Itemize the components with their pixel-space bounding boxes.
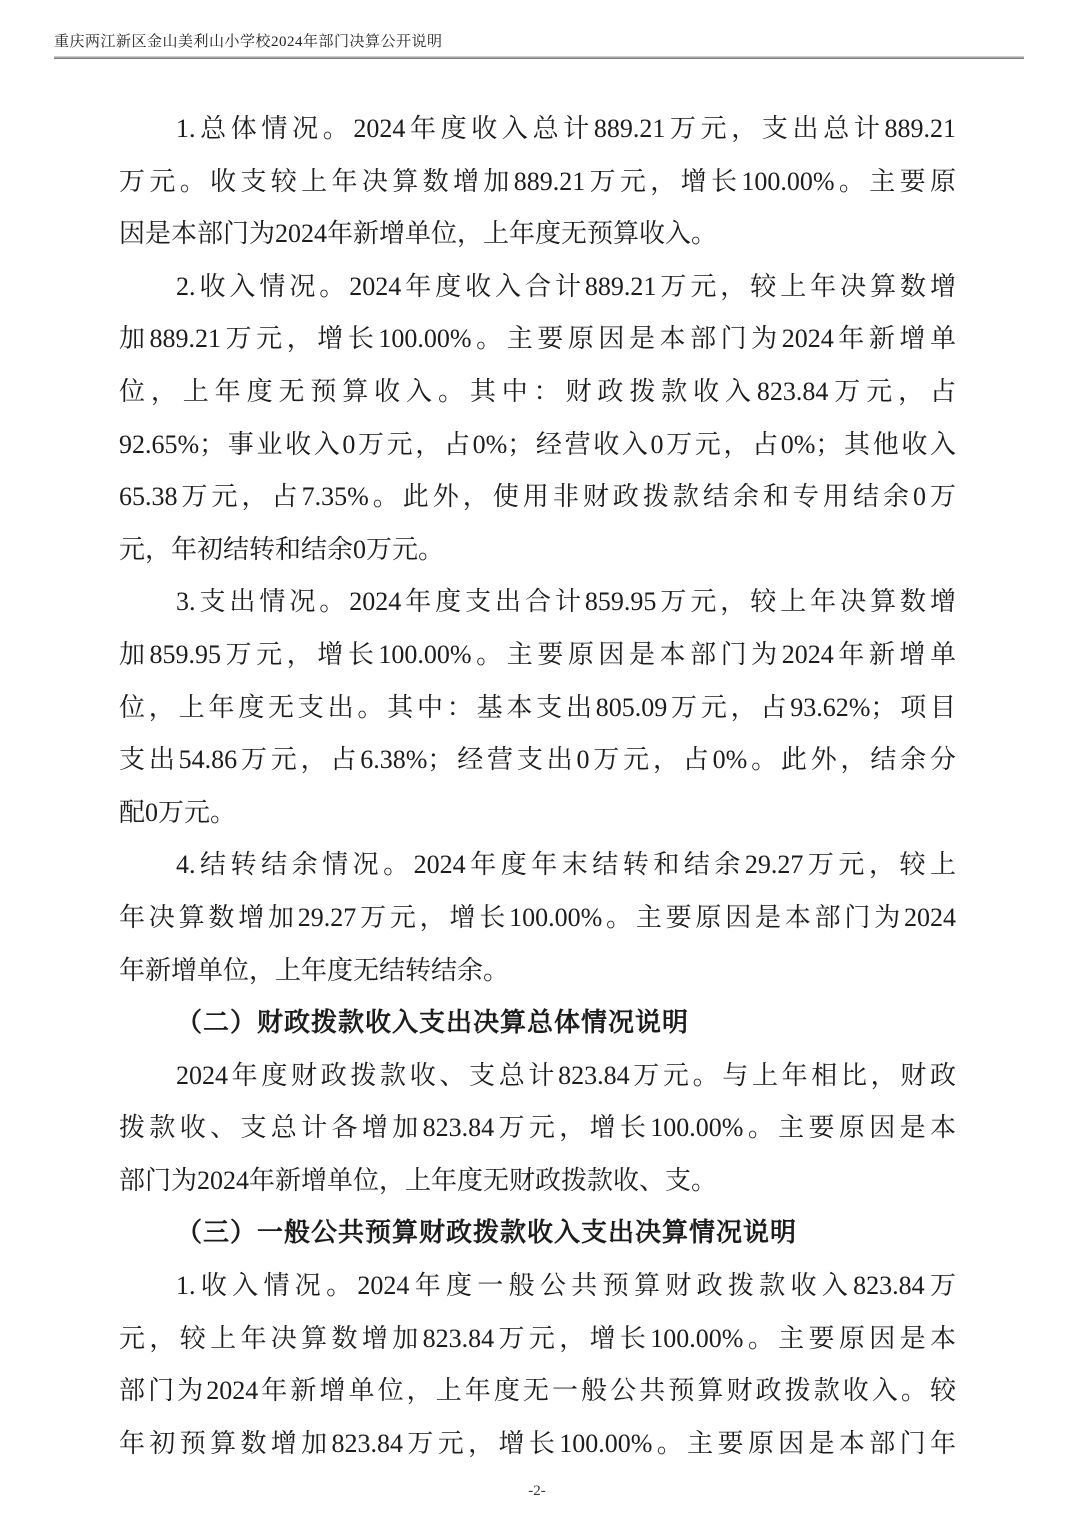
paragraph-line: 3.支出情况。2024年度支出合计859.95万元，较上年决算数增	[119, 576, 956, 629]
paragraph-line: 元，较上年决算数增加823.84万元，增长100.00%。主要原因是本	[119, 1313, 956, 1366]
document-header-title: 重庆两江新区金山美利山小学校2024年部门决算公开说明	[54, 30, 1024, 51]
document-page: 重庆两江新区金山美利山小学校2024年部门决算公开说明 1.总体情况。2024年…	[0, 0, 1074, 1520]
para-fiscal-appropriation-total: 2024年度财政拨款收、支总计823.84万元。与上年相比，财政拨款收、支总计各…	[119, 1050, 956, 1208]
paragraph-line: 4.结转结余情况。2024年度年末结转和结余29.27万元，较上	[119, 839, 956, 892]
paragraph-line: 2.收入情况。2024年度收入合计889.21万元，较上年决算数增	[119, 261, 956, 314]
paragraph-line: 年新增单位，上年度无结转结余。	[119, 945, 956, 998]
heading-section-2-fiscal-appropriation: （二）财政拨款收入支出决算总体情况说明	[119, 997, 956, 1050]
heading-section-3-general-public-budget: （三）一般公共预算财政拨款收入支出决算情况说明	[119, 1207, 956, 1260]
paragraph-line: 因是本部门为2024年新增单位，上年度无预算收入。	[119, 208, 956, 261]
paragraph-line: 加859.95万元，增长100.00%。主要原因是本部门为2024年新增单	[119, 629, 956, 682]
paragraph-line: 万元。收支较上年决算数增加889.21万元，增长100.00%。主要原	[119, 156, 956, 209]
page-number: -2-	[0, 1483, 1074, 1500]
para-general-public-budget-income: 1.收入情况。2024年度一般公共预算财政拨款收入823.84万元，较上年决算数…	[119, 1260, 956, 1470]
paragraph-line: 位，上年度无支出。其中：基本支出805.09万元，占93.62%；项目	[119, 682, 956, 735]
document-header: 重庆两江新区金山美利山小学校2024年部门决算公开说明	[54, 30, 1024, 59]
section-heading: （二）财政拨款收入支出决算总体情况说明	[119, 997, 956, 1050]
paragraph-line: 部门为2024年新增单位，上年度无财政拨款收、支。	[119, 1155, 956, 1208]
paragraph-line: 2024年度财政拨款收、支总计823.84万元。与上年相比，财政	[119, 1050, 956, 1103]
paragraph-line: 1.总体情况。2024年度收入总计889.21万元，支出总计889.21	[119, 103, 956, 156]
paragraph-line: 加889.21万元，增长100.00%。主要原因是本部门为2024年新增单	[119, 313, 956, 366]
paragraph-line: 年初预算数增加823.84万元，增长100.00%。主要原因是本部门年	[119, 1418, 956, 1471]
paragraph-line: 元，年初结转和结余0万元。	[119, 524, 956, 577]
para-carryover-situation: 4.结转结余情况。2024年度年末结转和结余29.27万元，较上年决算数增加29…	[119, 839, 956, 997]
paragraph-line: 配0万元。	[119, 787, 956, 840]
para-overall-situation: 1.总体情况。2024年度收入总计889.21万元，支出总计889.21万元。收…	[119, 103, 956, 261]
paragraph-line: 拨款收、支总计各增加823.84万元，增长100.00%。主要原因是本	[119, 1102, 956, 1155]
para-expenditure-situation: 3.支出情况。2024年度支出合计859.95万元，较上年决算数增加859.95…	[119, 576, 956, 839]
paragraph-line: 92.65%；事业收入0万元，占0%；经营收入0万元，占0%；其他收入	[119, 419, 956, 472]
paragraph-line: 支出54.86万元，占6.38%；经营支出0万元，占0%。此外，结余分	[119, 734, 956, 787]
paragraph-line: 年决算数增加29.27万元，增长100.00%。主要原因是本部门为2024	[119, 892, 956, 945]
header-rule	[54, 56, 1024, 59]
paragraph-line: 部门为2024年新增单位，上年度无一般公共预算财政拨款收入。较	[119, 1365, 956, 1418]
section-heading: （三）一般公共预算财政拨款收入支出决算情况说明	[119, 1207, 956, 1260]
paragraph-line: 位，上年度无预算收入。其中：财政拨款收入823.84万元，占	[119, 366, 956, 419]
paragraph-line: 1.收入情况。2024年度一般公共预算财政拨款收入823.84万	[119, 1260, 956, 1313]
document-body: 1.总体情况。2024年度收入总计889.21万元，支出总计889.21万元。收…	[119, 103, 956, 1470]
para-income-situation: 2.收入情况。2024年度收入合计889.21万元，较上年决算数增加889.21…	[119, 261, 956, 577]
paragraph-line: 65.38万元，占7.35%。此外，使用非财政拨款结余和专用结余0万	[119, 471, 956, 524]
